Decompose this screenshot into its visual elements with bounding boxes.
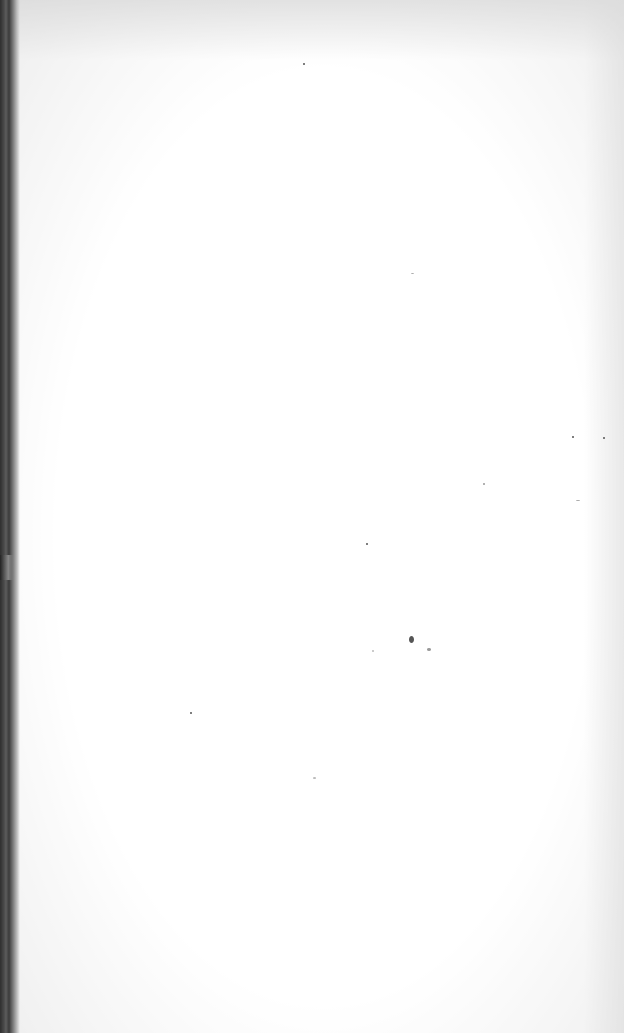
page-right-shading	[584, 0, 624, 1033]
page-top-shading	[0, 0, 624, 60]
binding-notch	[0, 555, 14, 580]
paper-speck	[603, 437, 605, 439]
paper-speck	[427, 648, 431, 651]
paper-speck	[313, 777, 316, 779]
paper-speck	[483, 483, 485, 485]
paper-speck	[190, 712, 192, 714]
paper-speck	[411, 273, 414, 274]
blank-scanned-page	[0, 0, 624, 1033]
paper-speck	[372, 650, 374, 652]
paper-speck	[409, 636, 414, 643]
book-binding-edge	[0, 0, 20, 1033]
paper-speck	[366, 543, 368, 545]
paper-speck	[303, 63, 305, 65]
paper-speck	[576, 500, 580, 501]
paper-speck	[572, 436, 574, 438]
